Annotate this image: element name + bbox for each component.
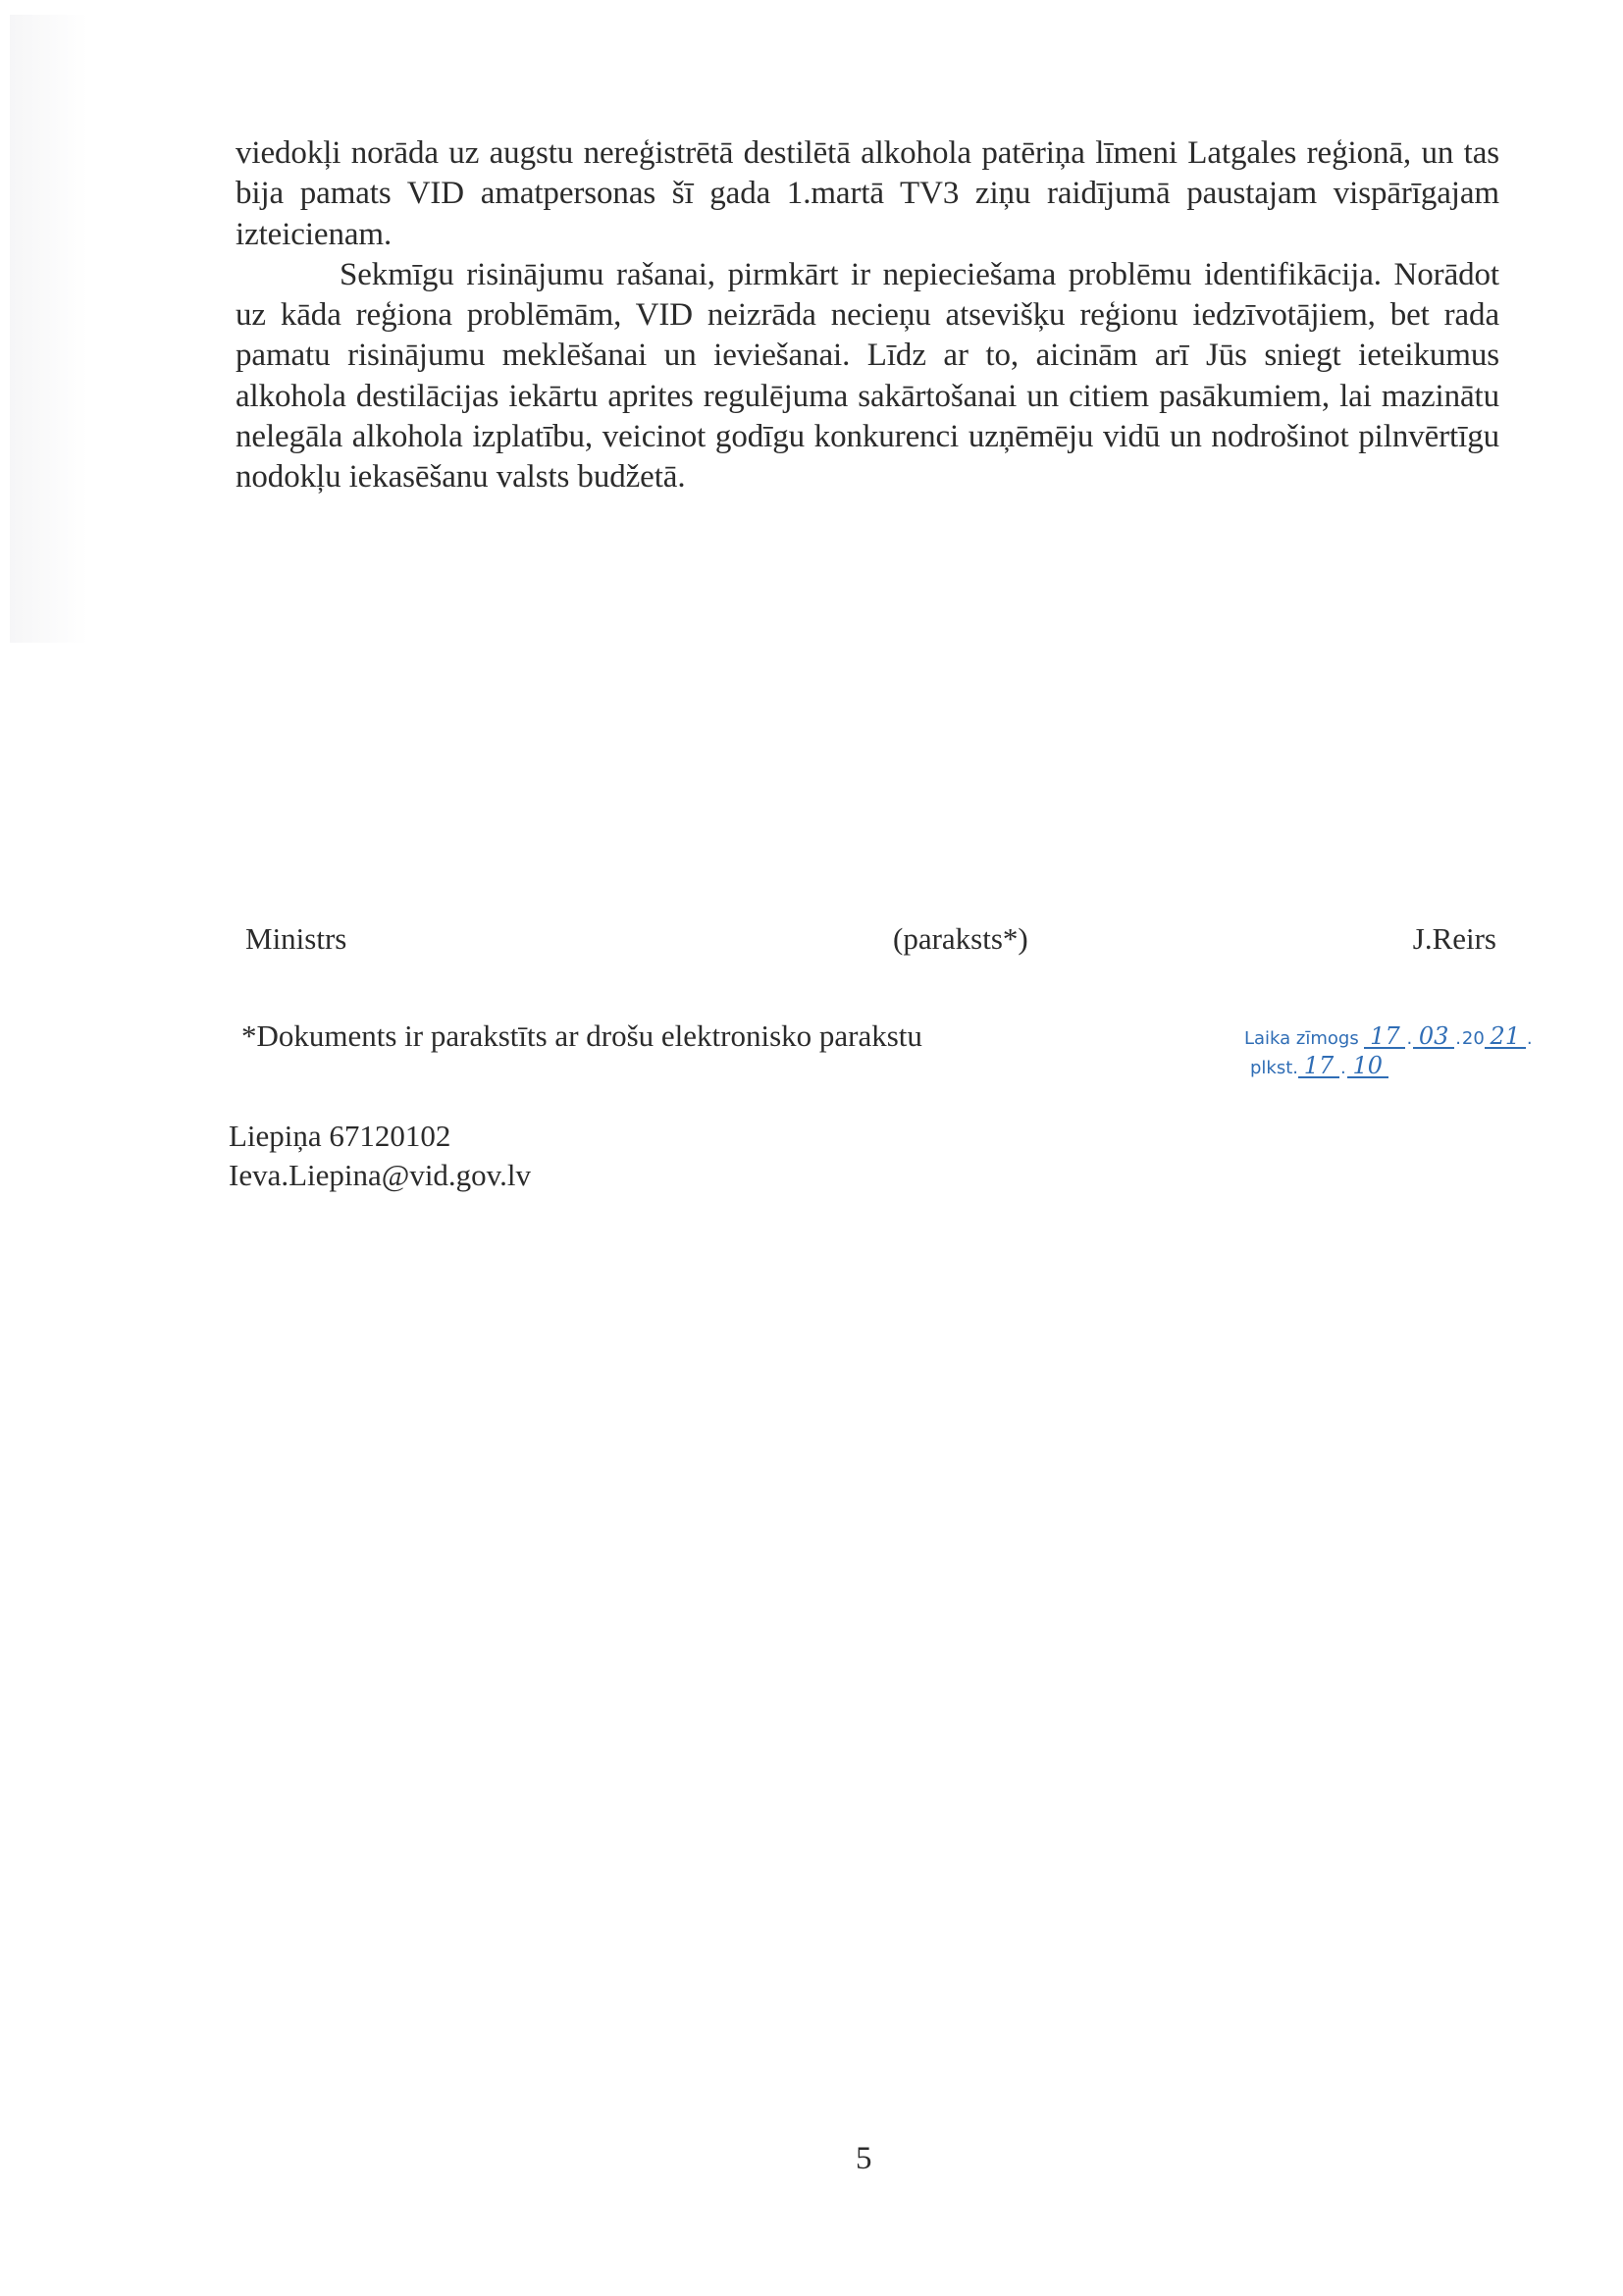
stamp-hour: 17 (1298, 1055, 1339, 1078)
stamp-year-prefix: 20 (1462, 1028, 1485, 1049)
letter-body: viedokļi norāda uz augstu nereģistrētā d… (236, 133, 1499, 498)
paragraph-2: Sekmīgu risinājumu rašanai, pirmkārt ir … (236, 255, 1499, 498)
page-number: 5 (856, 2139, 872, 2178)
e-signature-footnote: *Dokuments ir parakstīts ar drošu elektr… (241, 1017, 922, 1056)
stamp-year-suffix: 21 (1485, 1025, 1526, 1049)
document-page: viedokļi norāda uz augstu nereģistrētā d… (0, 0, 1623, 2296)
signer-name: J.Reirs (1413, 919, 1496, 959)
stamp-day: 17 (1364, 1025, 1405, 1049)
stamp-date-line: Laika zīmogs 17.03.2021. (1244, 1024, 1534, 1054)
stamp-minute: 10 (1347, 1055, 1388, 1078)
contact-block: Liepiņa 67120102 Ieva.Liepina@vid.gov.lv (229, 1117, 531, 1195)
stamp-time-line: plkst.17.10 (1244, 1054, 1534, 1083)
signature-placeholder: (paraksts*) (893, 919, 1028, 959)
paragraph-1: viedokļi norāda uz augstu nereģistrētā d… (236, 133, 1499, 255)
signer-role: Ministrs (245, 919, 346, 959)
stamp-label: Laika zīmogs (1244, 1028, 1359, 1049)
contact-name-phone: Liepiņa 67120102 (229, 1117, 531, 1156)
scan-artifact (10, 15, 88, 643)
stamp-time-label: plkst. (1250, 1058, 1298, 1078)
contact-email: Ieva.Liepina@vid.gov.lv (229, 1156, 531, 1195)
timestamp-stamp: Laika zīmogs 17.03.2021. plkst.17.10 (1244, 1024, 1534, 1083)
stamp-month: 03 (1413, 1025, 1454, 1049)
